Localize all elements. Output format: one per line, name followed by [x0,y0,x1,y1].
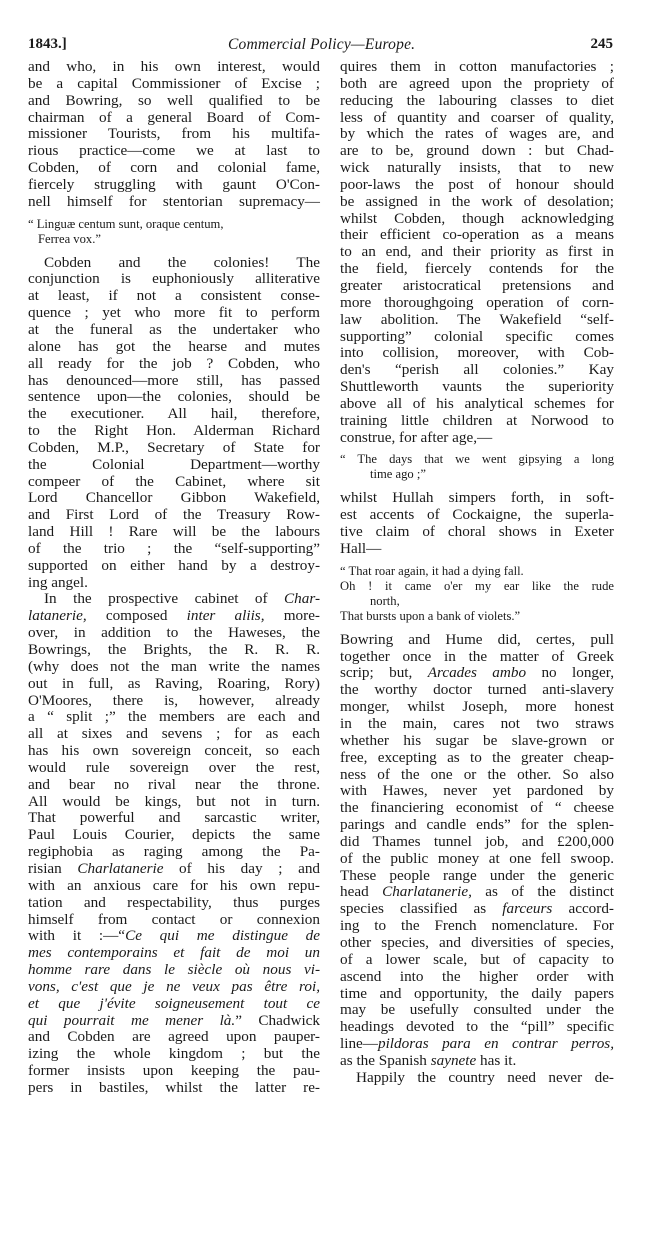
text-run: line— [340,1035,378,1052]
text-line: regiphobia as raging among the Pa- [28,844,320,861]
text-line: est accents of Cockaigne, the superla- [340,507,614,524]
text-line: Bowring and Hume did, certes, pull [340,632,614,649]
text-line: conjunction is euphoniously alliterative [28,271,320,288]
text-run: risian [28,860,77,877]
text-line: the executioner. All hail, therefore, [28,406,320,423]
text-line: Bowrings, the Brights, the R. R. R. [28,642,320,659]
paragraph: In the prospective cabinet of Char- lata… [28,591,320,1096]
text-line: the Colonial Department—worthy [28,457,320,474]
text-line: pers in bastiles, whilst the latter re- [28,1080,320,1097]
text-line: and who, in his own interest, would [28,59,320,76]
text-line: quires them in cotton manufactories ; [340,59,614,76]
text-run: no longer, [526,664,614,681]
text-line: fiercely struggling with gaunt O'Con- [28,177,320,194]
text-run: scrip; but, [340,664,428,681]
italic-run: et que j'évite soigneusement tout ce [28,995,320,1012]
text-run: of his day ; and [163,860,320,877]
text-line: together once in the matter of Greek [340,649,614,666]
text-line: are to be, ground down : but Chad- [340,143,614,160]
text-line: and Bowring, so well qualified to be [28,93,320,110]
text-line: (why does not the man write the names [28,659,320,676]
text-line: missioner Tourists, from his multifa- [28,126,320,143]
text-line: a “ split ;” the members are each and [28,709,320,726]
text-run: In the prospective cabinet of [44,590,284,607]
text-line: both are agreed upon the propriety of [340,76,614,93]
text-line: qui pourrait me mener là.” Chadwick [28,1013,320,1030]
text-line: whilst Hullah simpers forth, in soft- [340,490,614,507]
quote-line: north, [340,594,614,609]
italic-run: Arcades ambo [428,664,526,681]
text-run: as the Spanish [340,1052,431,1069]
text-line: quence ; yet who more fit to perform [28,305,320,322]
text-line: Cobden, of corn and colonial fame, [28,160,320,177]
text-line: rious practice—come we at last to [28,143,320,160]
text-line: all at sixes and sevens ; for as each [28,726,320,743]
quote-line: “ The days that we went gipsying a long [340,452,614,467]
text-line: with it :—“Ce qui me distingue de [28,928,320,945]
text-line: of the public money at one fell swoop. [340,851,614,868]
text-line: did Thames tunnel job, and £200,000 [340,834,614,851]
text-line: In the prospective cabinet of Char- [28,591,320,608]
paragraph: and who, in his own interest, would be a… [28,59,320,211]
italic-run: Charlatanerie, [382,883,472,900]
text-line: nell himself for stentorian supremacy— [28,194,320,211]
text-line: and bear no rival near the throne. [28,777,320,794]
text-run: more- [265,607,320,624]
text-line: with an anxious care for his own repu- [28,878,320,895]
text-line: risian Charlatanerie of his day ; and [28,861,320,878]
running-header: 1843.] Commercial Policy—Europe. 245 [28,36,613,56]
text-run: ” Chadwick [235,1012,320,1029]
text-line: to the Right Hon. Alderman Richard [28,423,320,440]
text-line: tive claim of choral shows in Exeter [340,524,614,541]
italic-run: latanerie, [28,607,87,624]
text-run: species classified as [340,900,502,917]
text-line: supported on either hand by a destroy- [28,558,320,575]
text-line: whilst Cobden, though acknowledging [340,211,614,228]
text-line: the financiering economist of “ cheese [340,800,614,817]
text-line: and First Lord of the Treasury Row- [28,507,320,524]
text-line: Cobden, M.P., Secretary of State for [28,440,320,457]
text-line: former insists upon keeping the pau- [28,1063,320,1080]
text-line: vons, c'est que je ne veux pas être roi, [28,979,320,996]
quote-line: “ Linguæ centum sunt, oraque centum, [28,217,320,232]
header-year: 1843.] [28,36,67,53]
text-line: monger, whilst Joseph, more honest [340,699,614,716]
text-line: land Hill ! Rare will be the labours [28,524,320,541]
text-line: law abolition. The Wakefield “self- [340,312,614,329]
italic-run: homme rare dans le siècle où nous vi- [28,961,320,978]
text-line: wick naturally insists, that to new [340,160,614,177]
text-run: with it :—“ [28,927,125,944]
text-line: their efficient co-operation as a means [340,227,614,244]
paragraph: whilst Hullah simpers forth, in soft- es… [340,490,614,557]
quote-line: Oh ! it came o'er my ear like the rude [340,579,614,594]
text-line: into collision, moreover, with Cob- [340,345,614,362]
text-line: den's “perish all colonies.” Kay [340,362,614,379]
text-line: compeer of the Cabinet, where sit [28,474,320,491]
text-run: head [340,883,382,900]
text-line: latanerie, composed inter aliis, more- [28,608,320,625]
text-line: by which the rates of wages are, and [340,126,614,143]
text-line: alone has got the hearse and mutes [28,339,320,356]
text-line: These people range under the generic [340,868,614,885]
left-column: and who, in his own interest, would be a… [28,59,320,1097]
text-run: accord- [552,900,614,917]
text-line: has denounced—more still, has passed [28,373,320,390]
text-line: to an end, and their priority as first i… [340,244,614,261]
text-line: with Hawes, never yet pardoned by [340,783,614,800]
quote-line: time ago ;” [340,467,614,482]
text-line: whether his sugar be slave-grown or [340,733,614,750]
paragraph: Bowring and Hume did, certes, pull toget… [340,632,614,1070]
text-line: above all of his analytical schemes for [340,396,614,413]
text-line: parings and candle ends” for the splen- [340,817,614,834]
text-line: more thoroughgoing operation of corn- [340,295,614,312]
text-line: training little children at Norwood to [340,413,614,430]
text-line: scrip; but, Arcades ambo no longer, [340,665,614,682]
text-line: Shuttleworth vaunts the superiority [340,379,614,396]
italic-run: Ce qui me distingue de [125,927,320,944]
italic-run: mes contemporains et fait de moi un [28,944,320,961]
text-line: Hall— [340,541,614,558]
text-line: izing the whole kingdom ; but the [28,1046,320,1063]
text-line: over, in addition to the Haweses, the [28,625,320,642]
text-line: ing angel. [28,575,320,592]
text-line: other species, and diversities of specie… [340,935,614,952]
block-quote: “ The days that we went gipsying a long … [340,452,614,482]
italic-run: pildoras para en contrar perros, [378,1035,614,1052]
block-quote: “ Linguæ centum sunt, oraque centum, Fer… [28,217,320,247]
italic-run: farceurs [502,900,552,917]
italic-run: qui pourrait me mener là. [28,1012,235,1029]
text-line: at the funeral as the undertaker who [28,322,320,339]
italic-run: Charlatanerie [77,860,163,877]
text-line: poor-laws the post of honour should [340,177,614,194]
text-line: of a lower scale, but of capacity to [340,952,614,969]
text-line: as the Spanish saynete has it. [340,1053,614,1070]
text-line: in the main, cares not two straws [340,716,614,733]
text-line: homme rare dans le siècle où nous vi- [28,962,320,979]
text-line: head Charlatanerie, as of the distinct [340,884,614,901]
text-line: may be usefully consulted under the [340,1002,614,1019]
text-line: himself from contact or connexion [28,912,320,929]
text-line: Paul Louis Courier, depicts the same [28,827,320,844]
paragraph: quires them in cotton manufactories ; bo… [340,59,614,446]
text-line: of the trio ; the “self-supporting” [28,541,320,558]
text-line: chairman of a general Board of Com- [28,110,320,127]
page-number: 245 [591,36,614,53]
text-line: free, excepting as to the greater cheap- [340,750,614,767]
text-line: O'Moores, there is, however, already [28,693,320,710]
text-line: the field, fiercely contends for the [340,261,614,278]
text-line: ness of the one or the other. So also [340,767,614,784]
text-line: reducing the labouring classes to diet [340,93,614,110]
italic-run: vons, c'est que je ne veux pas être roi, [28,978,320,995]
text-line: ascend into the higher order with [340,969,614,986]
text-line: has his own sovereign conceit, so each [28,743,320,760]
text-line: construe, for after age,— [340,430,614,447]
text-run: composed [87,607,187,624]
right-column: quires them in cotton manufactories ; bo… [340,59,614,1087]
text-line: be assigned in the work of desolation; [340,194,614,211]
text-line: mes contemporains et fait de moi un [28,945,320,962]
text-line: would rule sovereign over the rest, [28,760,320,777]
text-line: the worthy doctor turned anti-slavery [340,682,614,699]
italic-run: inter aliis, [187,607,265,624]
text-line: Happily the country need never de- [340,1070,614,1087]
italic-run: saynete [431,1052,477,1069]
text-line: greater aristocratical pretensions and [340,278,614,295]
header-running-title: Commercial Policy—Europe. [228,36,415,54]
text-line: headings devoted to the “pill” specific [340,1019,614,1036]
text-line: time and opportunity, the daily papers [340,986,614,1003]
text-line: line—pildoras para en contrar perros, [340,1036,614,1053]
text-line: species classified as farceurs accord- [340,901,614,918]
text-line: Cobden and the colonies! The [28,255,320,272]
italic-run: Char- [284,590,320,607]
quote-line: Ferrea vox.” [28,232,320,247]
text-line: sentence upon—the colonies, should be [28,389,320,406]
block-quote: “ That roar again, it had a dying fall. … [340,564,614,624]
text-line: at least, if not a consistent conse- [28,288,320,305]
quote-line: That bursts upon a bank of violets.” [340,609,614,624]
text-line: That powerful and sarcastic writer, [28,810,320,827]
paragraph: Happily the country need never de- [340,1070,614,1087]
text-line: et que j'évite soigneusement tout ce [28,996,320,1013]
text-line: and Cobden are agreed upon pauper- [28,1029,320,1046]
text-line: supporting” colonial specific comes [340,329,614,346]
text-line: All would be kings, but not in turn. [28,794,320,811]
text-line: less of quantity and coarser of quality, [340,110,614,127]
text-line: tation and respectability, thus purges [28,895,320,912]
quote-line: “ That roar again, it had a dying fall. [340,564,614,579]
text-run: as of the distinct [472,883,614,900]
paragraph: Cobden and the colonies! The conjunction… [28,255,320,592]
text-line: out in full, as Raving, Roaring, Rory) [28,676,320,693]
text-run: has it. [476,1052,516,1069]
text-line: be a capital Commissioner of Excise ; [28,76,320,93]
text-line: Lord Chancellor Gibbon Wakefield, [28,490,320,507]
text-line: ing to the French nomenclature. For [340,918,614,935]
text-line: all ready for the job ? Cobden, who [28,356,320,373]
